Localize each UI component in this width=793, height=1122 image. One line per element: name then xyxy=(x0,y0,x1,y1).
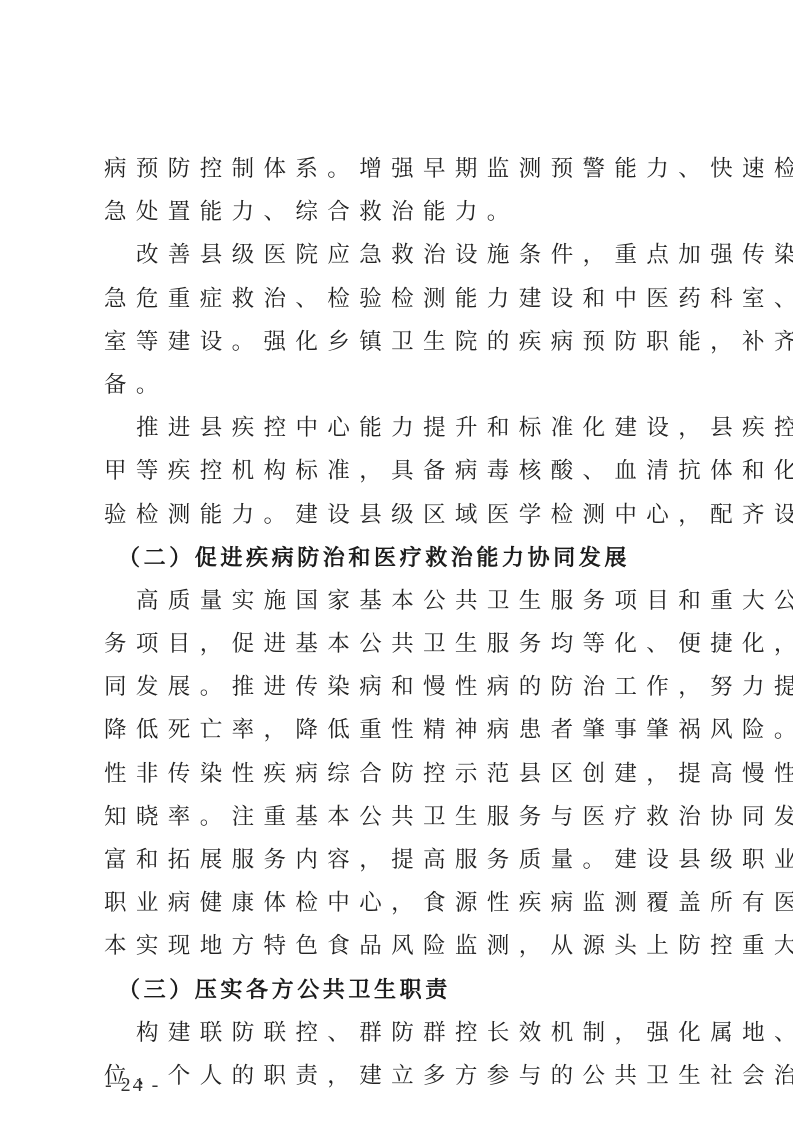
body-line: 急处置能力、综合救治能力。 xyxy=(104,191,694,234)
body-line: 同发展。推进传染病和慢性病的防治工作，努力提高治愈率、 xyxy=(104,666,694,709)
body-line: 病预防控制体系。增强早期监测预警能力、快速检测能力、应 xyxy=(104,148,694,191)
document-page: 病预防控制体系。增强早期监测预警能力、快速检测能力、应 急处置能力、综合救治能力… xyxy=(104,148,694,1098)
body-line: 甲等疾控机构标准，具备病毒核酸、血清抗体和化学毒物等检 xyxy=(104,450,694,493)
section-heading-2: （二）促进疾病防治和医疗救治能力协同发展 xyxy=(104,537,694,580)
section-heading-3: （三）压实各方公共卫生职责 xyxy=(104,969,694,1012)
paragraph-start-line: 改善县级医院应急救治设施条件，重点加强传染病防治、 xyxy=(104,234,694,277)
body-line: 备。 xyxy=(104,364,694,407)
body-line: 位、个人的职责，建立多方参与的公共卫生社会治理体系。健 xyxy=(104,1055,694,1098)
body-line: 知晓率。注重基本公共卫生服务与医疗救治协同发展，不断丰 xyxy=(104,796,694,839)
paragraph-start-line: 构建联防联控、群防群控长效机制，强化属地、部门、单 xyxy=(104,1012,694,1055)
body-line: 富和拓展服务内容，提高服务质量。建设县级职业病防治中心、 xyxy=(104,839,694,882)
body-line: 务项目，促进基本公共卫生服务均等化、便捷化，促进医防协 xyxy=(104,623,694,666)
body-line: 急危重症救治、检验检测能力建设和中医药科室、中医药制剂 xyxy=(104,278,694,321)
paragraph-start-line: 推进县疾控中心能力提升和标准化建设，县疾控中心保持 xyxy=(104,407,694,450)
body-line: 性非传染性疾病综合防控示范县区创建，提高慢性病核心知识 xyxy=(104,753,694,796)
paragraph-start-line: 高质量实施国家基本公共卫生服务项目和重大公共卫生服 xyxy=(104,580,694,623)
page-number: - 24 - xyxy=(105,1074,160,1097)
body-line: 本实现地方特色食品风险监测，从源头上防控重大疾病。 xyxy=(104,925,694,968)
body-line: 降低死亡率，降低重性精神病患者肇事肇祸风险。继续推动慢 xyxy=(104,709,694,752)
body-line: 职业病健康体检中心，食源性疾病监测覆盖所有医疗机构，基 xyxy=(104,882,694,925)
body-line: 验检测能力。建设县级区域医学检测中心，配齐设施设备。 xyxy=(104,494,694,537)
body-line: 室等建设。强化乡镇卫生院的疾病预防职能，补齐医疗设施设 xyxy=(104,321,694,364)
